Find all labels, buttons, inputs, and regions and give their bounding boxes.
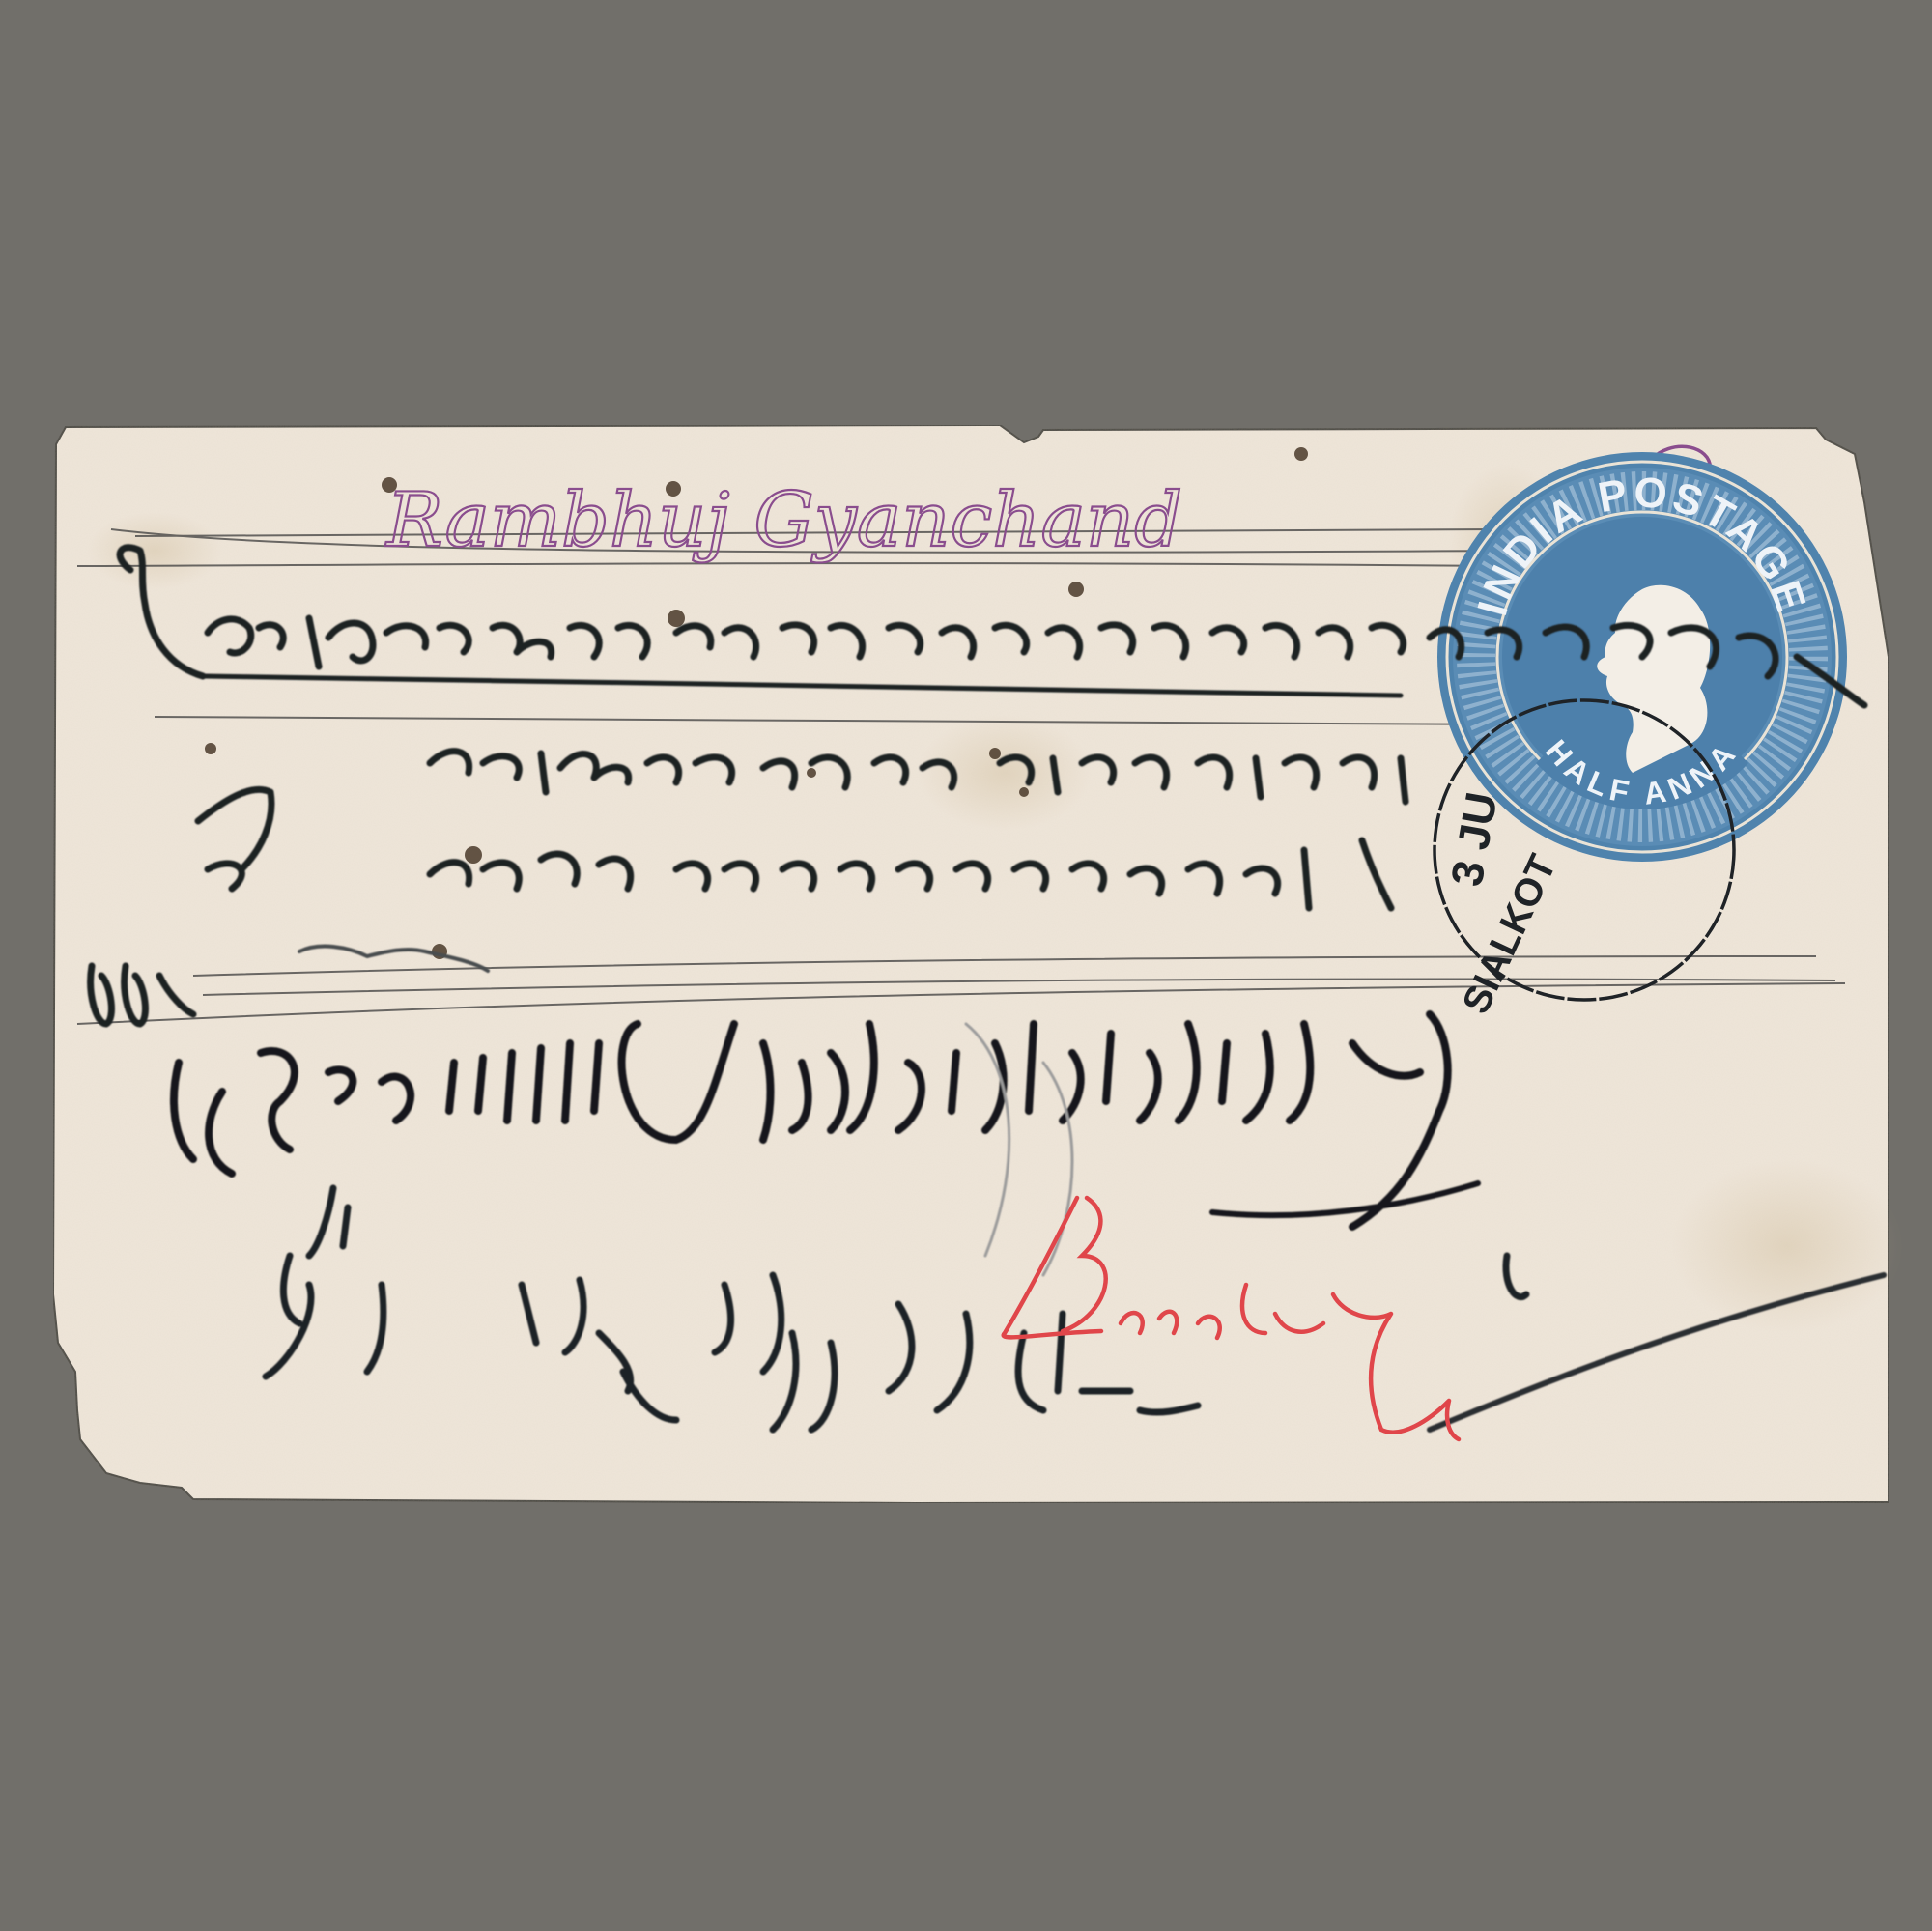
envelope: Rambhuj Gyanchand INDIA POSTAGE HALF ANN… <box>0 0 1932 1931</box>
photo-scene: INDIA POSTAGE HALF ANNA SIALKOT Rambhuj … <box>0 0 1932 1931</box>
svg-text:Rambhuj Gyanchand: Rambhuj Gyanchand <box>384 477 1182 564</box>
